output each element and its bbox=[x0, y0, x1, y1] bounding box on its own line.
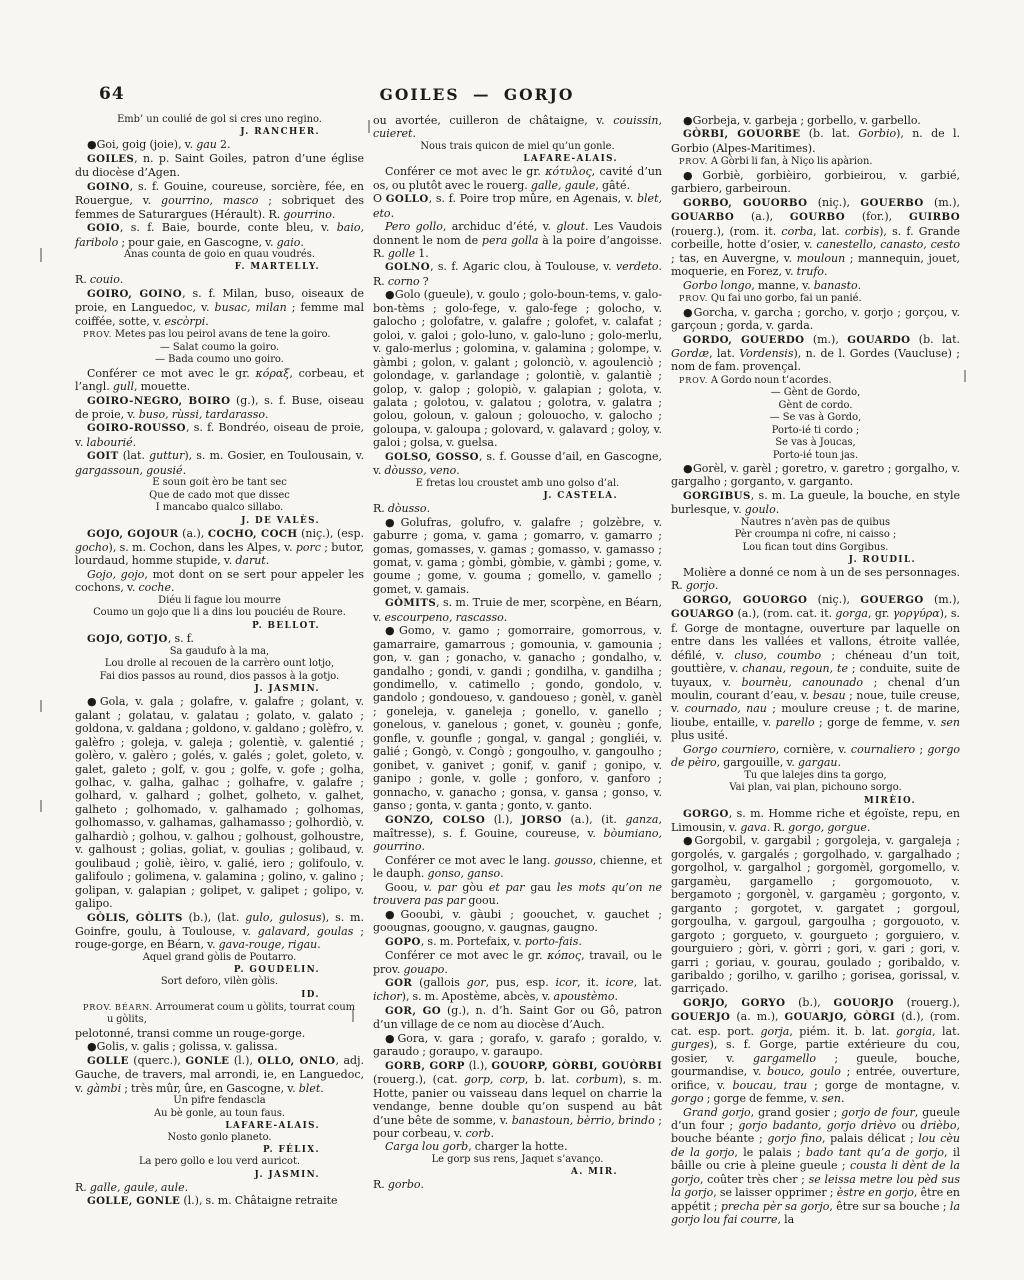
verse-line: Emb’ un coulié de gol si cres uno regino… bbox=[75, 114, 364, 126]
verse-quote: Diéu li fague lou mourreCoumo un gojo qu… bbox=[75, 595, 364, 620]
attribution: LAFARE-ALAIS. bbox=[373, 153, 662, 165]
dictionary-entry: GÒRBI, GOUORBE (b. lat. Gorbio), n. de l… bbox=[671, 127, 960, 155]
margin-mark bbox=[40, 700, 42, 712]
verse-line: E fretas lou croustet amb uno golso d’al… bbox=[373, 478, 662, 490]
dictionary-entry: GOIO, s. f. Baie, bourde, conte bleu, v.… bbox=[75, 221, 364, 249]
verse-line: Sort deforo, vilèn gòlis. bbox=[75, 976, 364, 988]
text-columns: Emb’ un coulié de gol si cres uno regino… bbox=[75, 114, 960, 1227]
dictionary-entry: ●Golo (gueule), v. goulo ; golo-boun-tem… bbox=[373, 288, 662, 449]
dictionary-entry: GOPO, s. m. Portefaix, v. porto-fais. bbox=[373, 935, 662, 949]
attribution: J. ROUDIL. bbox=[671, 554, 960, 566]
verse-line: Nautres n’avèn pas de quibus bbox=[671, 517, 960, 529]
text-paragraph: PROV. A Gordo noun t’acordes. bbox=[671, 374, 960, 388]
margin-mark bbox=[40, 248, 42, 262]
text-paragraph: Molière a donné ce nom à un de ses perso… bbox=[671, 566, 960, 593]
attribution: J. RANCHER. bbox=[75, 126, 364, 138]
column-3: ●Gorbeja, v. garbeja ; gorbello, v. garb… bbox=[671, 114, 960, 1227]
verse-quote: Nautres n’avèn pas de quibusPèr croumpa … bbox=[671, 517, 960, 554]
dictionary-entry: GOLLE (querc.), GONLE (l.), OLLO, ONLO, … bbox=[75, 1054, 364, 1095]
text-paragraph: Gorbo longo, manne, v. banasto. bbox=[671, 279, 960, 292]
attribution: J. JASMIN. bbox=[75, 683, 364, 695]
dictionary-entry: ●Gorbiè, gorbièiro, gorbieirou, v. garbi… bbox=[671, 169, 960, 196]
attribution: J. JASMIN. bbox=[75, 1169, 364, 1181]
verse-line: Lou drolle al recouen de la carrèro ount… bbox=[75, 658, 364, 670]
text-paragraph: ou avortée, cuilleron de châtaigne, v. c… bbox=[373, 114, 662, 141]
margin-mark bbox=[964, 370, 966, 382]
text-paragraph: Gorgo courniero, cornière, v. cournalier… bbox=[671, 743, 960, 770]
verse-line: Gènt de cordo. bbox=[671, 400, 960, 412]
dictionary-entry: GOIRO-NEGRO, BOIRO (g.), s. f. Buse, ois… bbox=[75, 394, 364, 422]
verse-line: Coumo un gojo que li a dins lou pouciéu … bbox=[75, 607, 364, 619]
verse-quote: Nosto gonlo planeto. bbox=[75, 1132, 364, 1144]
dictionary-entry: GOINO, s. f. Gouine, coureuse, sorcière,… bbox=[75, 180, 364, 221]
attribution: F. MARTELLY. bbox=[75, 261, 364, 273]
dictionary-entry: GOILES, n. p. Saint Goiles, patron d’une… bbox=[75, 152, 364, 180]
dictionary-entry: GORBO, GOUORBO (niç.), GOUERBO (m.), GOU… bbox=[671, 196, 960, 279]
verse-quote: Le gorp sus rens, Jaquet s’avanço. bbox=[373, 1154, 662, 1166]
attribution: ID. bbox=[75, 989, 364, 1001]
dictionary-entry: GORJO, GORYO (b.), GOUORJO (rouerg.), GO… bbox=[671, 996, 960, 1106]
text-paragraph: pelotonné, transi comme un rouge-gorge. bbox=[75, 1027, 364, 1040]
text-paragraph: PROV. BÉARN. Arroumerat coum u gòlits, t… bbox=[75, 1001, 364, 1027]
verse-line: Tu que lalejes dins ta gorgo, bbox=[671, 770, 960, 782]
text-paragraph: Carga lou gorb, charger la hotte. bbox=[373, 1140, 662, 1153]
attribution: LAFARE-ALAIS. bbox=[75, 1120, 364, 1132]
verse-line: Au bè gonle, au toun faus. bbox=[75, 1108, 364, 1120]
verse-line: Aquel grand gòlis de Poutarro. bbox=[75, 952, 364, 964]
verse-line: Sa gaudufo à la ma, bbox=[75, 646, 364, 658]
verse-line: Que de cado mot que dissec bbox=[75, 490, 364, 502]
dictionary-entry: ●Goi, goig (joie), v. gau 2. bbox=[75, 138, 364, 151]
dictionary-entry: ●Gorcha, v. garcha ; gorcho, v. gorjo ; … bbox=[671, 306, 960, 333]
verse-quote: Un pifre fendasclaAu bè gonle, au toun f… bbox=[75, 1095, 364, 1120]
text-paragraph: PROV. A Gòrbi li fan, à Niço lis apàrion… bbox=[671, 155, 960, 169]
verse-line: I mancabo qualco sillabo. bbox=[75, 502, 364, 514]
dictionary-entry: GOR, GO (g.), n. d’h. Saint Gor ou Gô, p… bbox=[373, 1004, 662, 1032]
text-paragraph: O GOLLO, s. f. Poire trop mûre, en Agena… bbox=[373, 192, 662, 220]
text-paragraph: Grand gorjo, grand gosier ; gorjo de fou… bbox=[671, 1106, 960, 1227]
verse-line: Porto-ié toun jas. bbox=[671, 450, 960, 462]
dictionary-entry: GORDO, GOUERDO (m.), GOUARDO (b. lat. Go… bbox=[671, 333, 960, 374]
verse-line: Le gorp sus rens, Jaquet s’avanço. bbox=[373, 1154, 662, 1166]
attribution: P. FÉLIX. bbox=[75, 1144, 364, 1156]
text-paragraph: Conférer ce mot avec le gr. κότυλος, cav… bbox=[373, 165, 662, 192]
text-paragraph: Conférer ce mot avec le gr. κόραξ, corbe… bbox=[75, 367, 364, 394]
verse-quote: — Salat coumo la goiro.— Bada coumo uno … bbox=[75, 342, 364, 367]
verse-line: — Gènt de Gordo, bbox=[671, 387, 960, 399]
dictionary-entry: GOLLE, GONLE (l.), s. m. Châtaigne retra… bbox=[75, 1194, 364, 1208]
page-header: 64 GOILES — GORJO bbox=[0, 84, 1024, 110]
attribution: J. CASTELA. bbox=[373, 490, 662, 502]
text-paragraph: Pero gollo, archiduc d’été, v. glout. Le… bbox=[373, 220, 662, 260]
text-paragraph: R. dòusso. bbox=[373, 502, 662, 515]
dictionary-entry: ●Gola, v. gala ; golafre, v. galafre ; g… bbox=[75, 695, 364, 910]
text-paragraph: R. galle, gaule, aule. bbox=[75, 1181, 364, 1194]
text-paragraph: Conférer ce mot avec le gr. κόπος, trava… bbox=[373, 949, 662, 976]
dictionary-entry: GOR (gallois gor, pus, esp. icor, it. ic… bbox=[373, 976, 662, 1004]
verse-quote: Tu que lalejes dins ta gorgo,Vai plan, v… bbox=[671, 770, 960, 795]
dictionary-entry: GÒMITS, s. m. Truie de mer, scorpène, en… bbox=[373, 596, 662, 624]
verse-quote: Sort deforo, vilèn gòlis. bbox=[75, 976, 364, 988]
attribution: A. MIR. bbox=[373, 1166, 662, 1178]
verse-line: Nosto gonlo planeto. bbox=[75, 1132, 364, 1144]
page-title: GOILES — GORJO bbox=[0, 85, 954, 104]
verse-line: E soun goit èro be tant sec bbox=[75, 477, 364, 489]
attribution: MIRÈIO. bbox=[671, 795, 960, 807]
verse-line: Anas counta de goio en quau voudrés. bbox=[75, 249, 364, 261]
verse-line: Vai plan, vai plan, pichouno sorgo. bbox=[671, 782, 960, 794]
text-paragraph: Conférer ce mot avec le lang. gousso, ch… bbox=[373, 854, 662, 881]
dictionary-entry: GOJO, GOJOUR (a.), COCHO, COCH (niç.), (… bbox=[75, 527, 364, 568]
dictionary-entry: GOIT (lat. guttur), s. m. Gosier, en Tou… bbox=[75, 449, 364, 477]
verse-line: Nous trais quicon de miel qu’un gonle. bbox=[373, 141, 662, 153]
verse-line: Un pifre fendascla bbox=[75, 1095, 364, 1107]
dictionary-entry: GONZO, COLSO (l.), JORSO (a.), (it. ganz… bbox=[373, 813, 662, 854]
verse-line: — Salat coumo la goiro. bbox=[75, 342, 364, 354]
column-1: Emb’ un coulié de gol si cres uno regino… bbox=[75, 114, 364, 1209]
text-paragraph: Goou, v. par gòu et par gau les mots qu’… bbox=[373, 881, 662, 908]
verse-line: Lou fican tout dins Gorgibus. bbox=[671, 542, 960, 554]
dictionary-entry: GOLSO, GOSSO, s. f. Gousse d’ail, en Gas… bbox=[373, 450, 662, 478]
dictionary-entry: ●Gomo, v. gamo ; gomorraire, gomorrous, … bbox=[373, 624, 662, 812]
verse-quote: La pero gollo e lou verd auricot. bbox=[75, 1156, 364, 1168]
dictionary-entry: GORGIBUS, s. m. La gueule, la bouche, en… bbox=[671, 489, 960, 517]
dictionary-entry: GORGO, GOUORGO (niç.), GOUERGO (m.), GOU… bbox=[671, 593, 960, 743]
margin-mark bbox=[352, 1010, 354, 1022]
text-paragraph: R. couio. bbox=[75, 273, 364, 286]
text-paragraph: PROV. Qu fai uno gorbo, fai un panié. bbox=[671, 292, 960, 306]
verse-line: La pero gollo e lou verd auricot. bbox=[75, 1156, 364, 1168]
verse-quote: E fretas lou croustet amb uno golso d’al… bbox=[373, 478, 662, 490]
dictionary-entry: GORGO, s. m. Homme riche et égoïste, rep… bbox=[671, 807, 960, 835]
dictionary-entry: ●Gorbeja, v. garbeja ; gorbello, v. garb… bbox=[671, 114, 960, 127]
verse-line: — Se vas à Gordo, bbox=[671, 412, 960, 424]
attribution: J. DE VALÈS. bbox=[75, 515, 364, 527]
verse-line: Porto-ié ti cordo ; bbox=[671, 425, 960, 437]
dictionary-entry: ●Gorgobil, v. gargabil ; gorgoleja, v. g… bbox=[671, 834, 960, 995]
verse-quote: E soun goit èro be tant secQue de cado m… bbox=[75, 477, 364, 514]
verse-quote: Nous trais quicon de miel qu’un gonle. bbox=[373, 141, 662, 153]
dictionary-entry: ●Gorèl, v. garèl ; goretro, v. garetro ;… bbox=[671, 462, 960, 489]
attribution: P. GOUDELIN. bbox=[75, 964, 364, 976]
dictionary-entry: GOIRO-ROUSSO, s. f. Bondréo, oiseau de p… bbox=[75, 421, 364, 449]
margin-mark bbox=[40, 800, 42, 812]
attribution: P. BELLOT. bbox=[75, 620, 364, 632]
verse-quote: Emb’ un coulié de gol si cres uno regino… bbox=[75, 114, 364, 126]
verse-line: Diéu li fague lou mourre bbox=[75, 595, 364, 607]
text-paragraph: Gojo, gojo, mot dont on se sert pour app… bbox=[75, 568, 364, 595]
column-2: ou avortée, cuilleron de châtaigne, v. c… bbox=[373, 114, 662, 1192]
margin-mark bbox=[368, 120, 370, 133]
verse-quote: Aquel grand gòlis de Poutarro. bbox=[75, 952, 364, 964]
verse-line: — Bada coumo uno goiro. bbox=[75, 354, 364, 366]
dictionary-entry: GORB, GORP (l.), GOUORP, GÒRBI, GOUÒRBI … bbox=[373, 1059, 662, 1141]
dictionary-entry: GÒLIS, GÒLITS (b.), (lat. gulo, gulosus)… bbox=[75, 911, 364, 952]
dictionary-entry: ●Golufras, golufro, v. galafre ; golzèbr… bbox=[373, 516, 662, 597]
dictionary-page: 64 GOILES — GORJO Emb’ un coulié de gol … bbox=[0, 0, 1024, 1280]
verse-quote: Anas counta de goio en quau voudrés. bbox=[75, 249, 364, 261]
verse-quote: — Se vas à Gordo,Porto-ié ti cordo ;Se v… bbox=[671, 412, 960, 462]
verse-quote: — Gènt de Gordo,Gènt de cordo. bbox=[671, 387, 960, 412]
verse-line: Fai dios passos au round, dios passos à … bbox=[75, 671, 364, 683]
dictionary-entry: GOJO, GOTJO, s. f. bbox=[75, 632, 364, 646]
dictionary-entry: GOIRO, GOINO, s. f. Milan, buso, oiseaux… bbox=[75, 287, 364, 328]
dictionary-entry: GOLNO, s. f. Agaric clou, à Toulouse, v.… bbox=[373, 260, 662, 288]
dictionary-entry: ●Gooubi, v. gàubi ; goouchet, v. gauchet… bbox=[373, 908, 662, 935]
text-paragraph: R. gorbo. bbox=[373, 1178, 662, 1191]
dictionary-entry: ●Gora, v. gara ; gorafo, v. garafo ; gor… bbox=[373, 1032, 662, 1059]
verse-quote: Sa gaudufo à la ma,Lou drolle al recouen… bbox=[75, 646, 364, 683]
text-paragraph: PROV. Metes pas lou peirol avans de tene… bbox=[75, 328, 364, 342]
dictionary-entry: ●Golis, v. galis ; golissa, v. galissa. bbox=[75, 1040, 364, 1053]
verse-line: Pèr croumpa ni cofre, ni caisso ; bbox=[671, 529, 960, 541]
verse-line: Se vas à Joucas, bbox=[671, 437, 960, 449]
